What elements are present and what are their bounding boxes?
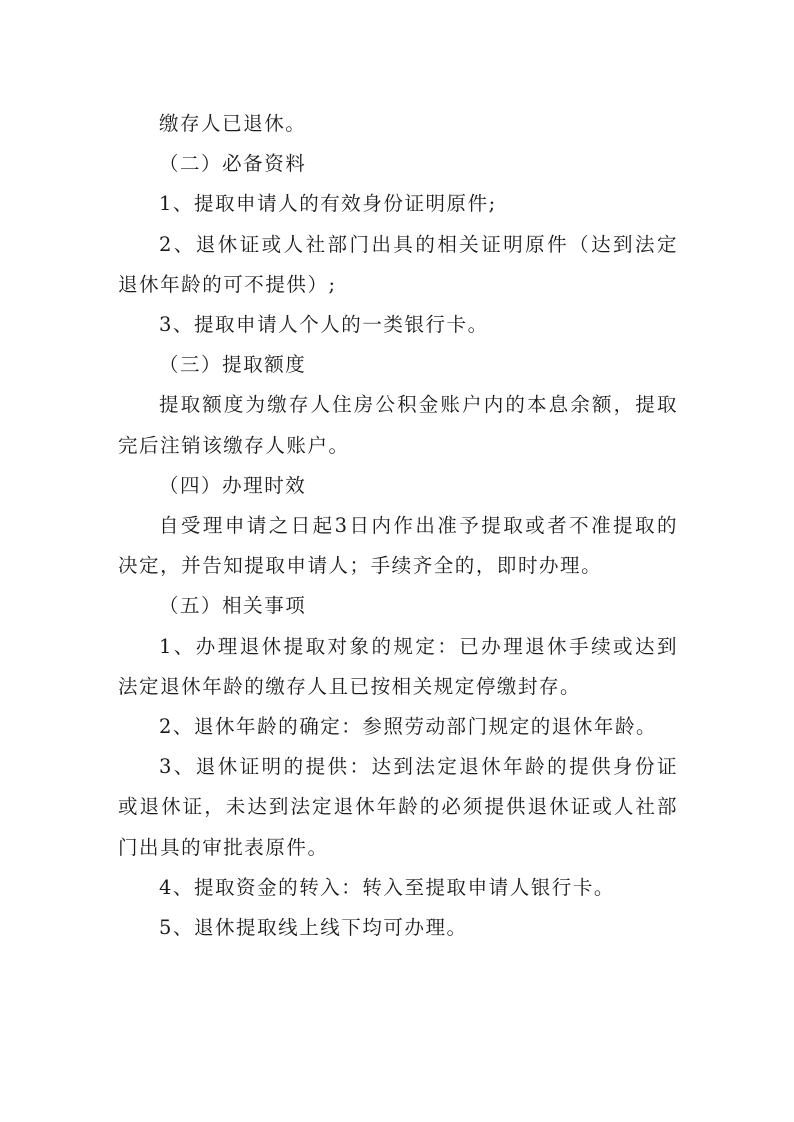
- document-page: 缴存人已退休。 （二）必备资料 1、提取申请人的有效身份证明原件; 2、退休证或…: [118, 104, 678, 948]
- section-heading-related-matters: （五）相关事项: [118, 586, 678, 626]
- section-heading-required-materials: （二）必备资料: [118, 144, 678, 184]
- paragraph-processing-time: 自受理申请之日起3日内作出准予提取或者不准提取的决定，并告知提取申请人；手续齐全…: [118, 506, 678, 586]
- list-item-id-document: 1、提取申请人的有效身份证明原件;: [118, 184, 678, 224]
- list-item-online-offline: 5、退休提取线上线下均可办理。: [118, 908, 678, 948]
- list-item-retirement-certificate: 2、退休证或人社部门出具的相关证明原件（达到法定退休年龄的可不提供）;: [118, 225, 678, 305]
- list-item-retirement-age: 2、退休年龄的确定：参照劳动部门规定的退休年龄。: [118, 707, 678, 747]
- list-item-eligibility: 1、办理退休提取对象的规定：已办理退休手续或达到法定退休年龄的缴存人且已按相关规…: [118, 627, 678, 707]
- list-item-fund-transfer: 4、提取资金的转入：转入至提取申请人银行卡。: [118, 868, 678, 908]
- paragraph-retired: 缴存人已退休。: [118, 104, 678, 144]
- list-item-retirement-proof: 3、退休证明的提供：达到法定退休年龄的提供身份证或退休证，未达到法定退休年龄的必…: [118, 747, 678, 868]
- paragraph-withdrawal-amount: 提取额度为缴存人住房公积金账户内的本息余额，提取完后注销该缴存人账户。: [118, 385, 678, 465]
- section-heading-processing-time: （四）办理时效: [118, 466, 678, 506]
- list-item-bank-card: 3、提取申请人个人的一类银行卡。: [118, 305, 678, 345]
- section-heading-withdrawal-amount: （三）提取额度: [118, 345, 678, 385]
